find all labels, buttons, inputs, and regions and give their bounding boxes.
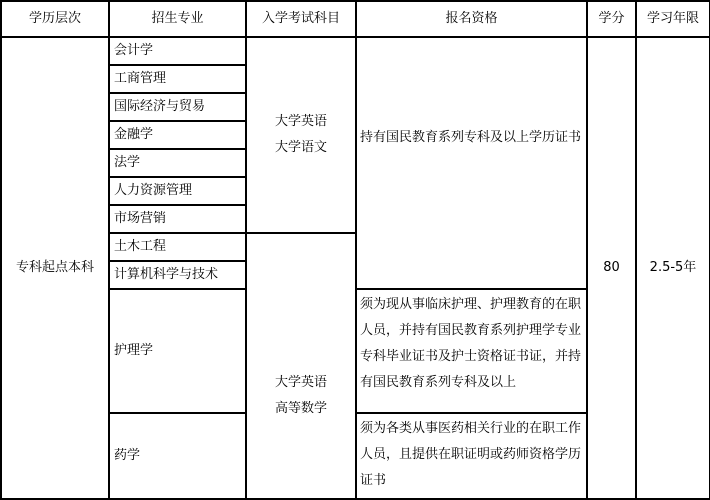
qualification-nursing: 须为现从事临床护理、护理教育的在职人员，并持有国民教育系列护理学专业专科毕业证书… [356,289,587,413]
header-exam-subjects: 入学考试科目 [246,1,356,37]
major-accounting: 会计学 [109,37,246,65]
major-civil-engineering: 土木工程 [109,233,246,261]
header-credit: 学分 [587,1,636,37]
credit-cell: 80 [587,37,636,487]
qualification-general: 持有国民教育系列专科及以上学历证书 [356,37,587,289]
subject-college-english: 大学英语 [251,109,351,135]
major-law: 法学 [109,149,246,177]
major-computer-science: 计算机科学与技术 [109,261,246,289]
exam-subjects-group-1: 大学英语 大学语文 [246,37,356,233]
enrollment-table: 学历层次 招生专业 入学考试科目 报名资格 学分 学习年限 专科起点本科 会计学… [0,0,710,487]
major-pharmacy: 药学 [109,413,246,487]
qualification-pharmacy: 须为各类从事医药相关行业的在职工作人员，且提供在职证明或药师资格学历证书 [356,413,587,487]
table-row: 专科起点本科 会计学 大学英语 大学语文 持有国民教育系列专科及以上学历证书 8… [1,37,710,65]
years-cell: 2.5-5年 [636,37,710,487]
header-level: 学历层次 [1,1,109,37]
subject-college-chinese: 大学语文 [251,135,351,161]
header-major: 招生专业 [109,1,246,37]
major-nursing: 护理学 [109,289,246,413]
header-qualification: 报名资格 [356,1,587,37]
major-intl-trade: 国际经济与贸易 [109,93,246,121]
subject-advanced-math: 高等数学 [251,396,351,422]
level-cell: 专科起点本科 [1,37,109,487]
exam-subjects-group-2: 大学英语 高等数学 [246,233,356,487]
major-marketing: 市场营销 [109,205,246,233]
subject-college-english: 大学英语 [251,370,351,396]
header-years: 学习年限 [636,1,710,37]
major-finance: 金融学 [109,121,246,149]
header-row: 学历层次 招生专业 入学考试科目 报名资格 学分 学习年限 [1,1,710,37]
major-business-admin: 工商管理 [109,65,246,93]
major-hr: 人力资源管理 [109,177,246,205]
